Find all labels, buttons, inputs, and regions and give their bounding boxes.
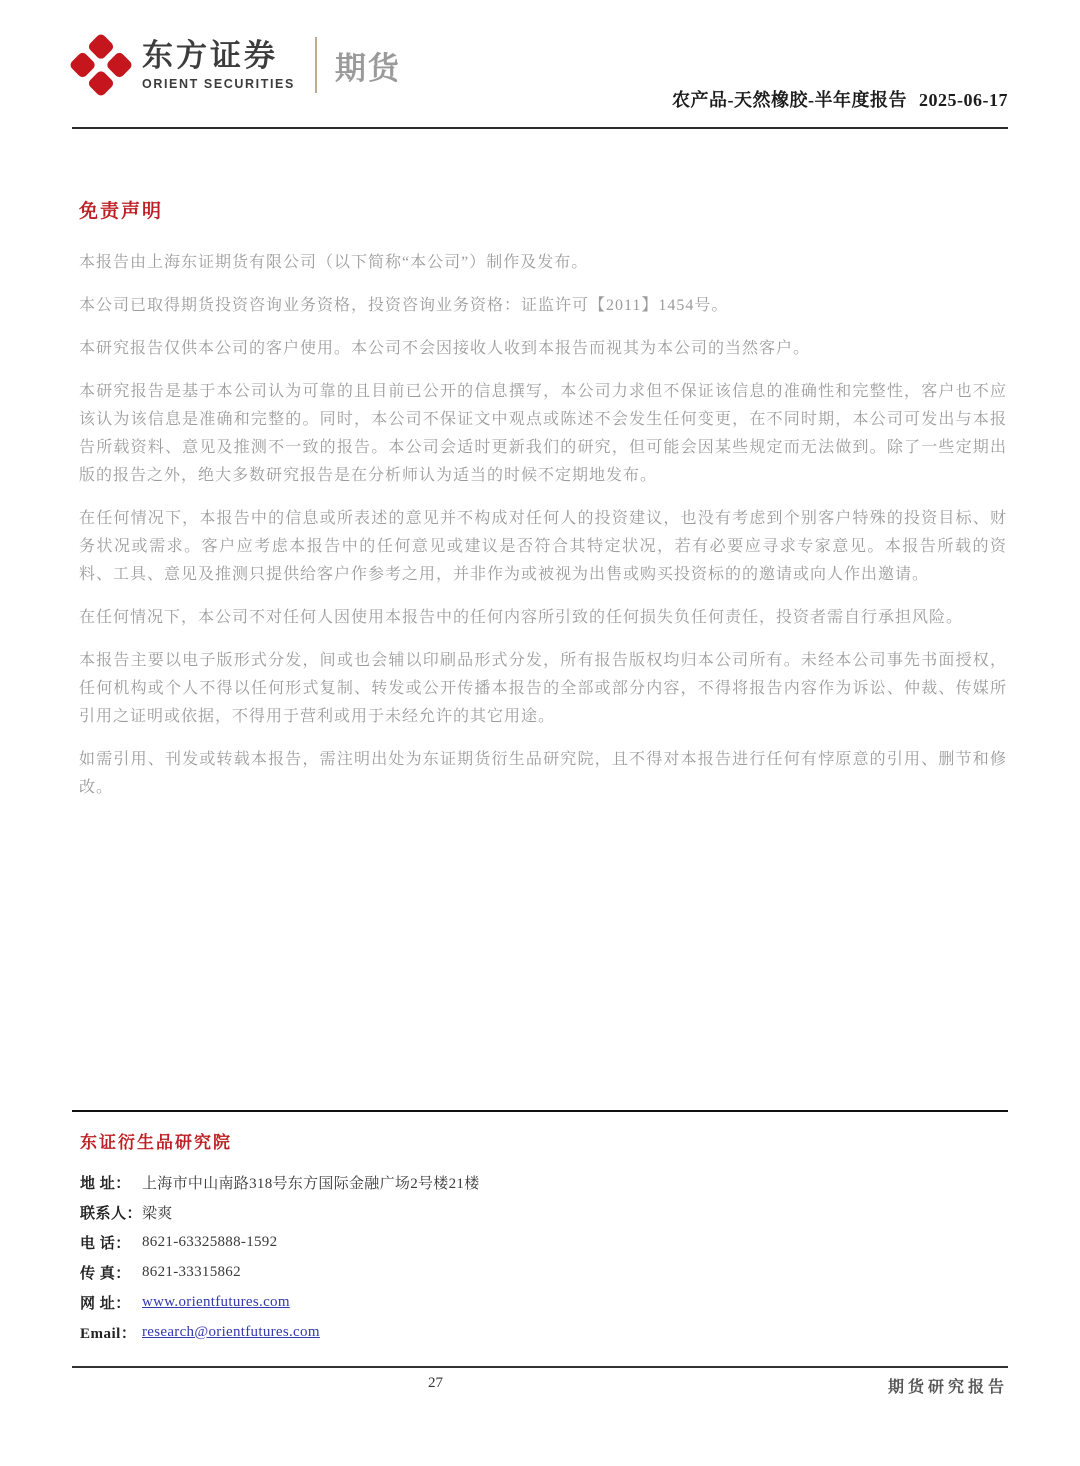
disclaimer-section: 免责声明 本报告由上海东证期货有限公司（以下简称“本公司”）制作及发布。 本公司…	[79, 196, 1007, 802]
disclaimer-paragraph: 在任何情况下，本公司不对任何人因使用本报告中的任何内容所引致的任何损失负任何责任…	[79, 604, 1007, 632]
website-link[interactable]: www.orientfutures.com	[142, 1294, 290, 1311]
contact-row-phone: 电 话： 8621-63325888-1592	[80, 1227, 1008, 1257]
fax-value: 8621-33315862	[142, 1264, 241, 1281]
address-label: 地 址：	[80, 1172, 142, 1193]
contact-row-address: 地 址： 上海市中山南路318号东方国际金融广场2号楼21楼	[80, 1167, 1008, 1197]
disclaimer-paragraph: 本公司已取得期货投资咨询业务资格，投资咨询业务资格：证监许可【2011】1454…	[79, 292, 1007, 320]
logo-separator	[315, 37, 317, 93]
contact-row-email: Email： research@orientfutures.com	[80, 1317, 1008, 1347]
footer-divider	[72, 1366, 1008, 1368]
disclaimer-paragraph: 本报告主要以电子版形式分发，间或也会辅以印刷品形式分发，所有报告版权均归本公司所…	[79, 647, 1007, 731]
disclaimer-paragraph: 如需引用、刊发或转载本报告，需注明出处为东证期货衍生品研究院，且不得对本报告进行…	[79, 746, 1007, 802]
phone-label: 电 话：	[80, 1232, 142, 1253]
institute-section: 东证衍生品研究院 地 址： 上海市中山南路318号东方国际金融广场2号楼21楼 …	[72, 1110, 1008, 1347]
header-divider	[72, 127, 1008, 129]
disclaimer-paragraph: 在任何情况下，本报告中的信息或所表述的意见并不构成对任何人的投资建议，也没有考虑…	[79, 505, 1007, 589]
contact-row-website: 网 址： www.orientfutures.com	[80, 1287, 1008, 1317]
phone-value: 8621-63325888-1592	[142, 1234, 277, 1251]
disclaimer-heading: 免责声明	[79, 196, 1007, 223]
contact-person-label: 联系人：	[80, 1202, 142, 1223]
email-link[interactable]: research@orientfutures.com	[142, 1324, 320, 1341]
logo-name-en: ORIENT SECURITIES	[142, 78, 295, 91]
contact-person-value: 梁爽	[142, 1202, 173, 1223]
report-header-title: 农产品-天然橡胶-半年度报告2025-06-17	[672, 86, 1008, 112]
fax-label: 传 真：	[80, 1262, 142, 1283]
report-date: 2025-06-17	[919, 90, 1008, 110]
logo-petal	[105, 51, 133, 79]
disclaimer-paragraph: 本报告由上海东证期货有限公司（以下简称“本公司”）制作及发布。	[79, 249, 1007, 277]
logo-text: 东方证券 ORIENT SECURITIES	[142, 40, 295, 91]
logo-petal	[68, 51, 96, 79]
page-number: 27	[428, 1375, 443, 1392]
footer-report-type: 期货研究报告	[888, 1374, 1008, 1397]
website-label: 网 址：	[80, 1292, 142, 1313]
contact-row-fax: 传 真： 8621-33315862	[80, 1257, 1008, 1287]
report-title: 农产品-天然橡胶-半年度报告	[672, 90, 907, 110]
division-label: 期货	[335, 43, 401, 88]
disclaimer-paragraph: 本研究报告仅供本公司的客户使用。本公司不会因接收人收到本报告而视其为本公司的当然…	[79, 335, 1007, 363]
address-value: 上海市中山南路318号东方国际金融广场2号楼21楼	[142, 1172, 480, 1193]
logo-petal	[87, 32, 115, 60]
logo-petal	[87, 69, 115, 97]
report-page: 东方证券 ORIENT SECURITIES 期货 农产品-天然橡胶-半年度报告…	[0, 0, 1080, 1466]
orient-securities-logo-icon	[72, 36, 130, 94]
institute-heading: 东证衍生品研究院	[80, 1128, 1008, 1153]
contact-row-person: 联系人： 梁爽	[80, 1197, 1008, 1227]
logo-name-cn: 东方证券	[142, 40, 295, 71]
disclaimer-paragraph: 本研究报告是基于本公司认为可靠的且目前已公开的信息撰写，本公司力求但不保证该信息…	[79, 378, 1007, 490]
email-label: Email：	[80, 1322, 142, 1343]
logo-diamond-icon	[68, 32, 133, 97]
